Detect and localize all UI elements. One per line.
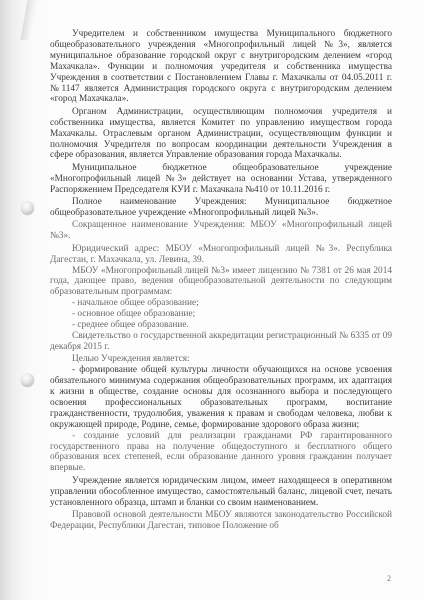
program-item: - начальное общее образование; <box>50 298 392 309</box>
punch-hole-icon <box>21 373 34 386</box>
paragraph-full-name: Полное наименование Учреждения: Муниципа… <box>50 197 392 219</box>
paragraph-short-name: Сокращенное наименование Учреждения: МБО… <box>50 220 392 242</box>
paragraph-legal-address: Юридический адрес: МБОУ «Многопрофильный… <box>50 244 392 266</box>
document-body: Учредителем и собственником имущества Му… <box>50 29 392 532</box>
paragraph-administration: Органом Администрации, осуществляющим по… <box>50 107 392 162</box>
page-number: 2 <box>387 574 391 583</box>
scanned-page: Учредителем и собственником имущества Му… <box>0 0 424 600</box>
program-item: - среднее общее образование. <box>50 320 392 331</box>
paragraph-legal-entity: Учреждение является юридическим лицом, и… <box>50 476 392 509</box>
program-item: - основное общее образование; <box>50 309 392 320</box>
page-fold-shadow <box>20 0 37 40</box>
paragraph-charter: Муниципальное бюджетное общеобразователь… <box>50 163 392 196</box>
goal-heading: Целью Учреждения является: <box>50 354 392 365</box>
scan-edge-shadow <box>0 0 12 600</box>
paragraph-founder: Учредителем и собственником имущества Му… <box>50 29 392 105</box>
goal-item: - формирование общей культуры личности о… <box>50 365 392 430</box>
paragraph-accreditation: Свидетельство о государственной аккредит… <box>50 331 392 353</box>
paragraph-license: МБОУ «Многопрофильный лицей №3» имеет ли… <box>50 266 392 299</box>
paragraph-legal-basis: Правовой основой деятельности МБОУ являю… <box>50 510 392 532</box>
goal-item: - создание условий для реализации гражда… <box>50 431 392 475</box>
punch-hole-icon <box>21 201 34 214</box>
